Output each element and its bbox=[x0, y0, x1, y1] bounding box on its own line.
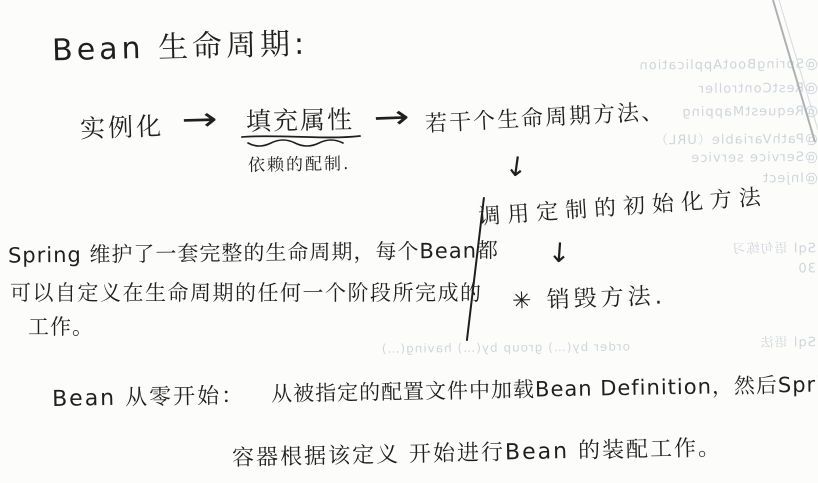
dependency-config-note: 依赖的配制. bbox=[248, 149, 351, 176]
arrow-down-icon: ↓ bbox=[547, 237, 572, 270]
bottom-note-line1: 从被指定的配置文件中加载Bean Definition，然后Spring bbox=[271, 368, 818, 409]
note-title: Bean 生命周期: bbox=[51, 19, 308, 70]
bleedthrough-text: Sql 语句练习 bbox=[640, 237, 816, 258]
flow-step-instantiate: 实例化 bbox=[79, 107, 164, 146]
bottom-note-lead: Bean 从零开始： bbox=[52, 379, 246, 413]
flow-step-destroy-method: ✳ 销毁方法. bbox=[511, 277, 666, 315]
paragraph-line: 工作。 bbox=[28, 311, 94, 341]
bleedthrough-text: order by(…) group by(…) having(…) bbox=[300, 340, 630, 357]
arrow-right-icon: → bbox=[180, 100, 218, 139]
divider-line bbox=[466, 197, 485, 341]
arrow-down-icon: ↓ bbox=[503, 151, 530, 185]
arrow-right-icon: → bbox=[372, 97, 411, 136]
paragraph-line: Spring 维护了一套完整的生命周期，每个Bean都 bbox=[8, 234, 499, 269]
bleedthrough-text: 30 bbox=[648, 261, 816, 277]
corner-crease-line bbox=[755, 0, 818, 150]
wavy-underline bbox=[240, 134, 366, 148]
bottom-note-line2: 容器根据该定义 开始进行Bean 的装配工作。 bbox=[232, 431, 723, 472]
bottom-note-row: Bean 从零开始： 从被指定的配置文件中加载Bean Definition，然… bbox=[52, 368, 818, 413]
handwritten-note-page: @SpringBootApplication @RestController @… bbox=[0, 0, 818, 483]
bleedthrough-text: @Service service bbox=[556, 150, 818, 167]
flow-step-custom-init: 调用定制的初始化方法 bbox=[477, 180, 768, 231]
bleedthrough-text: Sql 语法 bbox=[636, 331, 816, 352]
paragraph-line: 可以自定义在生命周期的任何一个阶段所完成的 bbox=[10, 277, 483, 307]
flow-step-populate-properties: 填充属性 bbox=[246, 100, 355, 138]
